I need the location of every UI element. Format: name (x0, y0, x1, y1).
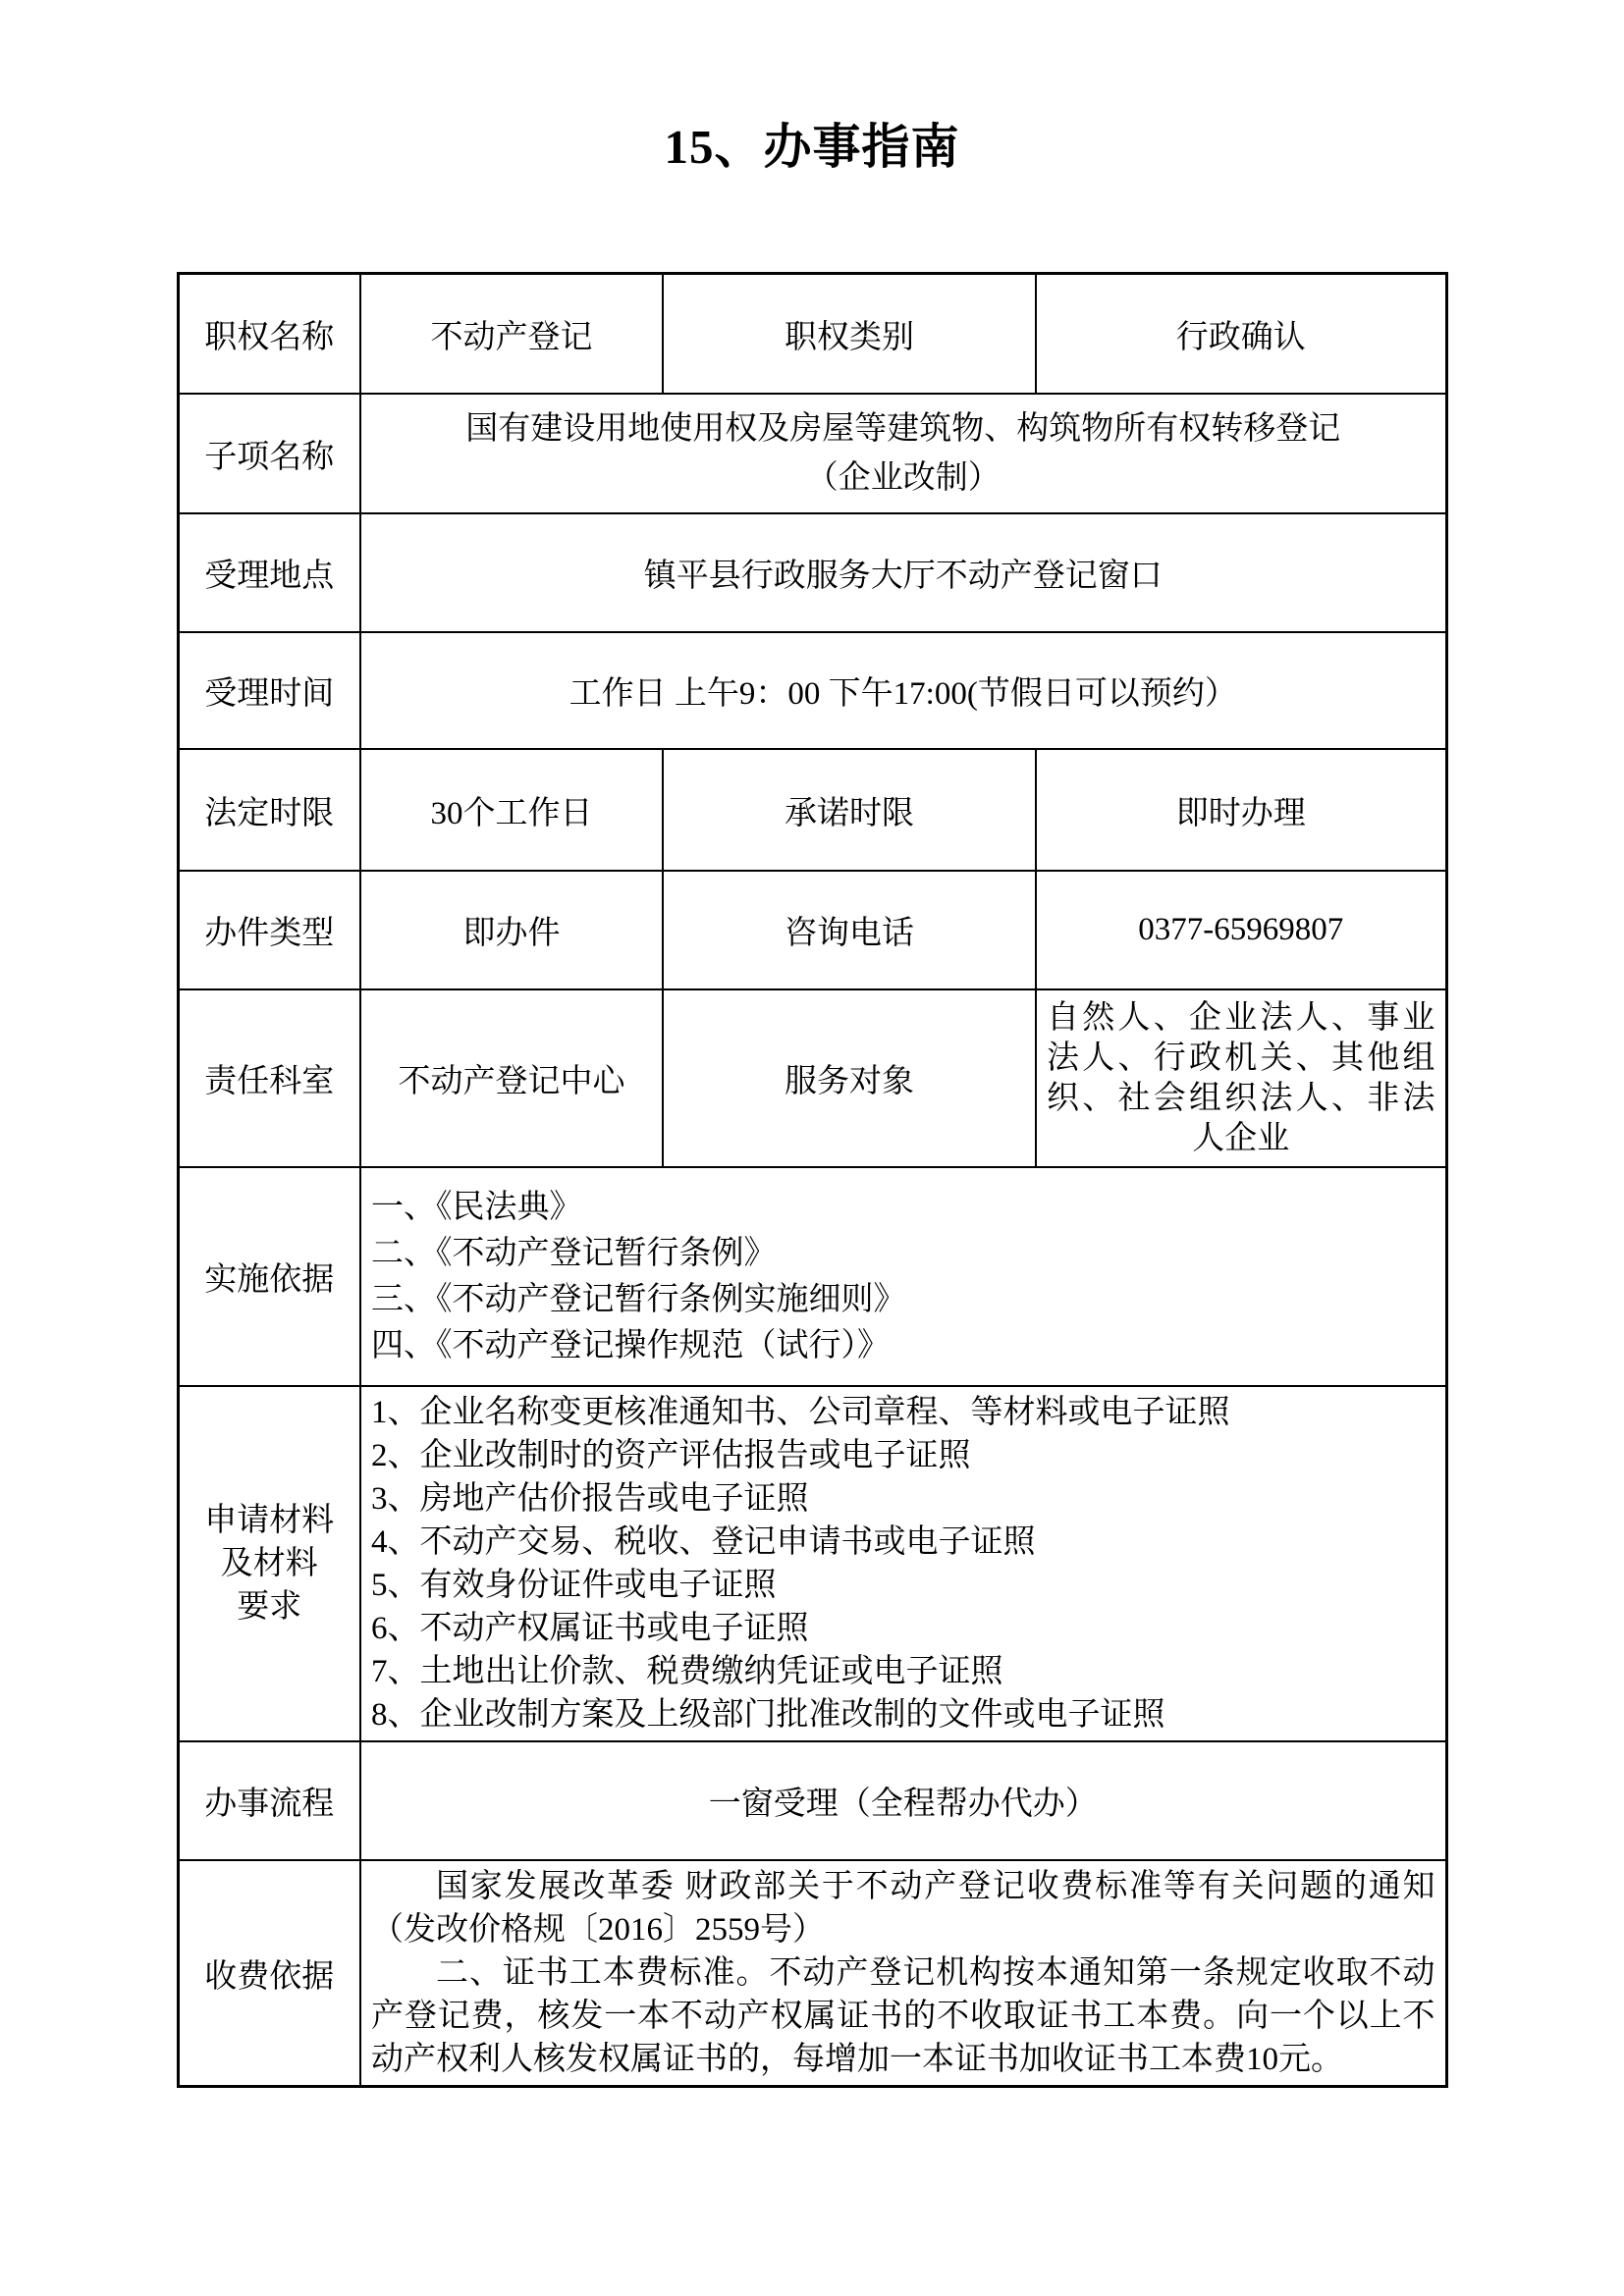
statutory-limit-value: 30个工作日 (360, 749, 663, 871)
basis-item: 四、《不动产登记操作规范（试行）》 (371, 1323, 1435, 1369)
statutory-limit-label: 法定时限 (178, 749, 360, 871)
table-row: 受理地点 镇平县行政服务大厅不动产登记窗口 (178, 513, 1446, 632)
table-row: 子项名称 国有建设用地使用权及房屋等建筑物、构筑物所有权转移登记 （企业改制） (178, 394, 1446, 513)
application-materials-list: 1、企业名称变更核准通知书、公司章程、等材料或电子证照 2、企业改制时的资产评估… (360, 1386, 1446, 1741)
material-item: 1、企业名称变更核准通知书、公司章程、等材料或电子证照 (371, 1391, 1435, 1434)
document-page: 15、办事指南 职权名称 不动产登记 职权类别 行政确认 子项名称 国有建设用地… (0, 0, 1624, 2296)
fee-basis-paragraph: 国家发展改革委 财政部关于不动产登记收费标准等有关问题的通知（发改价格规〔201… (371, 1865, 1435, 1951)
basis-item: 一、《民法典》 (371, 1185, 1435, 1231)
material-item: 3、房地产估价报告或电子证照 (371, 1477, 1435, 1521)
label-line: 及材料 (189, 1542, 351, 1585)
page-title: 15、办事指南 (0, 116, 1624, 179)
service-target-label: 服务对象 (663, 989, 1036, 1167)
implementation-basis-label: 实施依据 (178, 1167, 360, 1386)
label-line: 要求 (189, 1585, 351, 1629)
acceptance-time-value: 工作日 上午9：00 下午17:00(节假日可以预约） (360, 632, 1446, 749)
fee-basis-paragraph: 二、证书工本费标准。不动产登记机构按本通知第一条规定收取不动产登记费，核发一本不… (371, 1951, 1435, 2081)
table-row: 受理时间 工作日 上午9：00 下午17:00(节假日可以预约） (178, 632, 1446, 749)
basis-item: 二、《不动产登记暂行条例》 (371, 1231, 1435, 1277)
table-row: 办件类型 即办件 咨询电话 0377-65969807 (178, 871, 1446, 989)
table-row: 实施依据 一、《民法典》 二、《不动产登记暂行条例》 三、《不动产登记暂行条例实… (178, 1167, 1446, 1386)
subitem-name-line: （企业改制） (371, 454, 1435, 503)
authority-name-value: 不动产登记 (360, 274, 663, 395)
material-item: 2、企业改制时的资产评估报告或电子证照 (371, 1434, 1435, 1477)
promised-limit-label: 承诺时限 (663, 749, 1036, 871)
authority-category-value: 行政确认 (1036, 274, 1446, 395)
fee-basis-paragraphs: 国家发展改革委 财政部关于不动产登记收费标准等有关问题的通知（发改价格规〔201… (360, 1860, 1446, 2087)
authority-name-label: 职权名称 (178, 274, 360, 395)
table-row: 责任科室 不动产登记中心 服务对象 自然人、企业法人、事业法人、行政机关、其他组… (178, 989, 1446, 1167)
handling-type-value: 即办件 (360, 871, 663, 989)
acceptance-place-value: 镇平县行政服务大厅不动产登记窗口 (360, 513, 1446, 632)
acceptance-time-label: 受理时间 (178, 632, 360, 749)
basis-item: 三、《不动产登记暂行条例实施细则》 (371, 1277, 1435, 1323)
responsible-dept-label: 责任科室 (178, 989, 360, 1167)
handling-type-label: 办件类型 (178, 871, 360, 989)
promised-limit-value: 即时办理 (1036, 749, 1446, 871)
consult-phone-value: 0377-65969807 (1036, 871, 1446, 989)
process-label: 办事流程 (178, 1741, 360, 1860)
responsible-dept-value: 不动产登记中心 (360, 989, 663, 1167)
acceptance-place-label: 受理地点 (178, 513, 360, 632)
table-row: 办事流程 一窗受理（全程帮办代办） (178, 1741, 1446, 1860)
subitem-name-line: 国有建设用地使用权及房屋等建筑物、构筑物所有权转移登记 (371, 404, 1435, 454)
consult-phone-label: 咨询电话 (663, 871, 1036, 989)
material-item: 6、不动产权属证书或电子证照 (371, 1607, 1435, 1650)
service-guide-table: 职权名称 不动产登记 职权类别 行政确认 子项名称 国有建设用地使用权及房屋等建… (177, 272, 1448, 2088)
material-item: 7、土地出让价款、税费缴纳凭证或电子证照 (371, 1650, 1435, 1693)
process-value: 一窗受理（全程帮办代办） (360, 1741, 1446, 1860)
implementation-basis-list: 一、《民法典》 二、《不动产登记暂行条例》 三、《不动产登记暂行条例实施细则》 … (360, 1167, 1446, 1386)
table-row: 法定时限 30个工作日 承诺时限 即时办理 (178, 749, 1446, 871)
table-row: 收费依据 国家发展改革委 财政部关于不动产登记收费标准等有关问题的通知（发改价格… (178, 1860, 1446, 2087)
subitem-name-label: 子项名称 (178, 394, 360, 513)
table-row: 职权名称 不动产登记 职权类别 行政确认 (178, 274, 1446, 395)
material-item: 4、不动产交易、税收、登记申请书或电子证照 (371, 1521, 1435, 1564)
material-item: 5、有效身份证件或电子证照 (371, 1564, 1435, 1607)
authority-category-label: 职权类别 (663, 274, 1036, 395)
material-item: 8、企业改制方案及上级部门批准改制的文件或电子证照 (371, 1693, 1435, 1736)
label-line: 申请材料 (189, 1499, 351, 1542)
table-row: 申请材料 及材料 要求 1、企业名称变更核准通知书、公司章程、等材料或电子证照 … (178, 1386, 1446, 1741)
application-materials-label: 申请材料 及材料 要求 (178, 1386, 360, 1741)
service-target-value: 自然人、企业法人、事业法人、行政机关、其他组织、社会组织法人、非法人企业 (1036, 989, 1446, 1167)
subitem-name-value: 国有建设用地使用权及房屋等建筑物、构筑物所有权转移登记 （企业改制） (360, 394, 1446, 513)
fee-basis-label: 收费依据 (178, 1860, 360, 2087)
